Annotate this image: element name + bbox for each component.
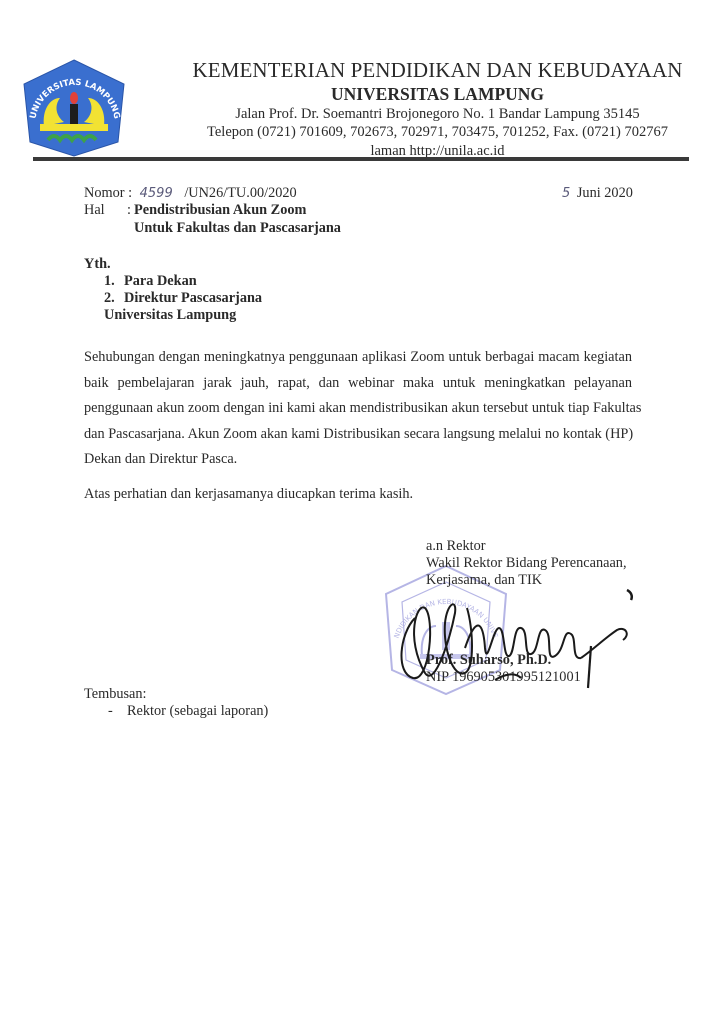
body-line: Dekan dan Direktur Pasca. [84, 447, 632, 473]
on-behalf-label: a.n Rektor [426, 538, 486, 555]
university-name: UNIVERSITAS LAMPUNG [150, 84, 723, 105]
salutation: Yth. [84, 256, 111, 273]
hal-label: Hal [84, 202, 105, 219]
body-line: penggunaan akun zoom dengan ini kami aka… [84, 396, 632, 422]
body-line: Sehubungan dengan meningkatnya penggunaa… [84, 345, 632, 371]
recipient-item-2-number: 2. [104, 290, 115, 307]
recipient-item-1: Para Dekan [124, 273, 197, 290]
university-address: Jalan Prof. Dr. Soemantri Brojonegoro No… [150, 106, 723, 123]
subject-line-1: Pendistribusian Akun Zoom [134, 202, 306, 219]
cc-bullet: - [108, 703, 113, 720]
closing-sentence: Atas perhatian dan kerjasamanya diucapka… [84, 486, 413, 503]
university-logo-icon: UNIVERSITAS LAMPUNG [18, 58, 130, 158]
cc-item: Rektor (sebagai laporan) [127, 703, 268, 720]
hal-colon: : [127, 202, 131, 219]
body-line: dan Pascasarjana. Akun Zoom akan kami Di… [84, 422, 632, 448]
body-paragraph: Sehubungan dengan meningkatnya penggunaa… [84, 345, 632, 473]
recipient-institution: Universitas Lampung [104, 307, 236, 324]
letterhead-divider [33, 157, 689, 161]
recipient-item-1-number: 1. [104, 273, 115, 290]
letter-number: Nomor : 4599 /UN26/TU.00/2020 [84, 185, 297, 202]
letter-date: 5 Juni 2020 [562, 185, 633, 202]
body-line: baik pembelajaran jarak jauh, rapat, dan… [84, 371, 632, 397]
subject-line-2: Untuk Fakultas dan Pascasarjana [134, 220, 341, 237]
date-handwritten-day: 5 [562, 186, 570, 201]
nomor-label: Nomor : [84, 185, 132, 201]
ministry-name: KEMENTERIAN PENDIDIKAN DAN KEBUDAYAAN [150, 58, 723, 83]
nomor-suffix: /UN26/TU.00/2020 [184, 185, 296, 201]
nomor-handwritten: 4599 [140, 186, 173, 201]
date-text: Juni 2020 [577, 185, 633, 201]
cc-label: Tembusan: [84, 686, 147, 703]
handwritten-signature-icon [395, 578, 645, 698]
recipient-item-2: Direktur Pascasarjana [124, 290, 262, 307]
university-phone: Telepon (0721) 701609, 702673, 702971, 7… [150, 124, 723, 141]
position-line-1: Wakil Rektor Bidang Perencanaan, [426, 555, 627, 572]
